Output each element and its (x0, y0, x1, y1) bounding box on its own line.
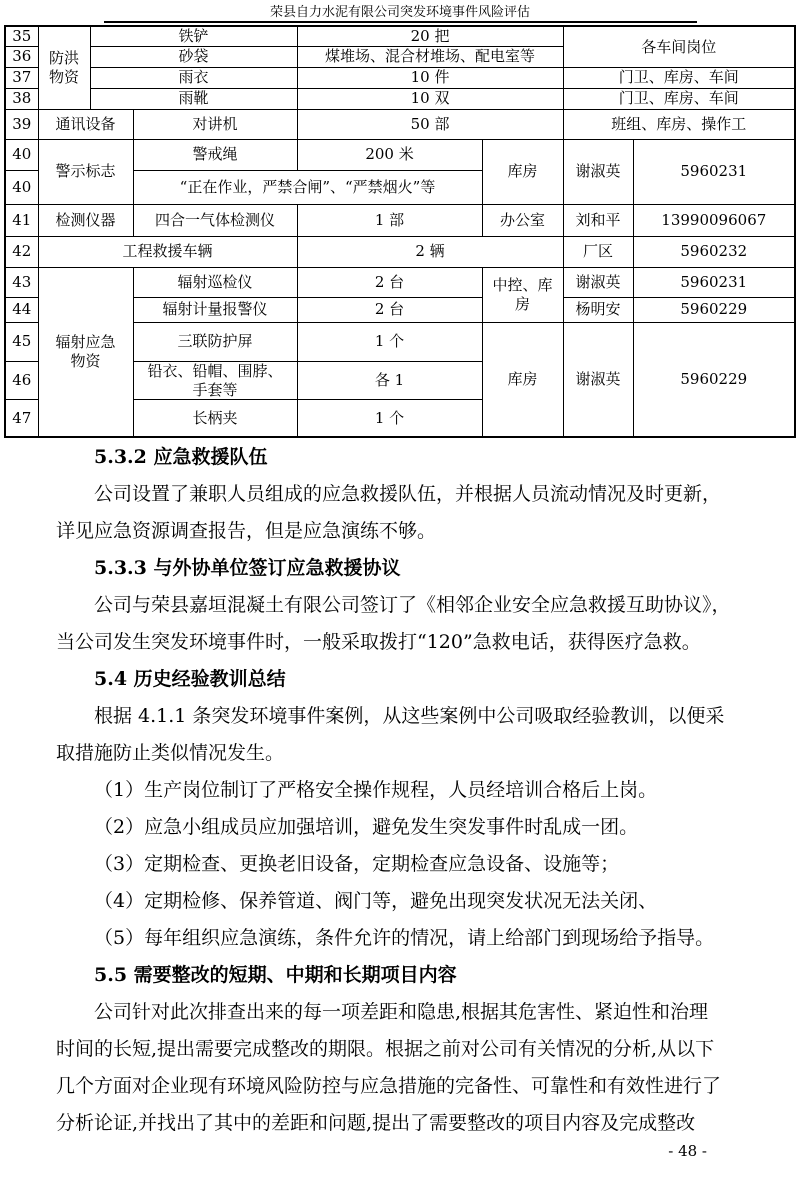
table-cell: 35 (5, 26, 38, 46)
table-cell: 2 台 (297, 297, 482, 322)
header-rule (104, 21, 697, 23)
table-cell: 40 (5, 139, 38, 170)
table-cell: 雨衣 (90, 67, 297, 88)
table-cell: 13990096067 (633, 204, 795, 236)
table-cell: 39 (5, 109, 38, 139)
table-cell: 谢淑英 (563, 267, 633, 297)
table-cell: 辐射计量报警仪 (133, 297, 297, 322)
paragraph-line: 时间的长短,提出需要完成整改的期限。根据之前对公司有关情况的分析,从以下 (56, 1031, 765, 1068)
table-row: 35防洪 物资铁铲20 把各车间岗位 (5, 26, 795, 46)
document-page: 荣县自力水泥有限公司突发环境事件风险评估 35防洪 物资铁铲20 把各车间岗位3… (0, 0, 800, 1181)
table-cell: 铁铲 (90, 26, 297, 46)
table-cell: 1 部 (297, 204, 482, 236)
paragraph-line: （5）每年组织应急演练，条件允许的情况，请上给部门到现场给予指导。 (56, 920, 765, 957)
table-cell: 47 (5, 400, 38, 437)
table-row: 41检测仪器四合一气体检测仪1 部办公室刘和平13990096067 (5, 204, 795, 236)
paragraph-line: （2）应急小组成员应加强培训，避免发生突发事件时乱成一团。 (56, 809, 765, 846)
table-cell: 5960231 (633, 267, 795, 297)
table-cell: 20 把 (297, 26, 563, 46)
table-cell: 刘和平 (563, 204, 633, 236)
page-number: - 48 - (668, 1142, 707, 1160)
table-cell: 谢淑英 (563, 322, 633, 437)
page-header: 荣县自力水泥有限公司突发环境事件风险评估 (0, 0, 800, 23)
table-cell: 46 (5, 361, 38, 400)
table-cell: 10 件 (297, 67, 563, 88)
paragraph-line: （3）定期检查、更换老旧设备，定期检查应急设备、设施等； (56, 846, 765, 883)
table-cell: 1 个 (297, 322, 482, 361)
paragraph-line: 取措施防止类似情况发生。 (56, 735, 765, 772)
table-row: 39通讯设备对讲机50 部班组、库房、操作工 (5, 109, 795, 139)
table-cell: 2 辆 (297, 236, 563, 267)
paragraph-line: 当公司发生突发环境事件时，一般采取拨打“120”急救电话，获得医疗急救。 (56, 624, 765, 661)
table-cell: 5960229 (633, 322, 795, 437)
table-cell: 班组、库房、操作工 (563, 109, 795, 139)
table-cell: 谢淑英 (563, 139, 633, 204)
table-cell: 辐射巡检仪 (133, 267, 297, 297)
table-cell: 10 双 (297, 88, 563, 109)
table-cell: 中控、库 房 (482, 267, 563, 322)
table-cell: 煤堆场、混合材堆场、配电室等 (297, 46, 563, 67)
table-row: 43辐射应急 物资辐射巡检仪2 台中控、库 房谢淑英5960231 (5, 267, 795, 297)
table-cell: 200 米 (297, 139, 482, 170)
table-cell: 5960232 (633, 236, 795, 267)
table-cell: 44 (5, 297, 38, 322)
table-cell: 办公室 (482, 204, 563, 236)
table-cell: 警戒绳 (133, 139, 297, 170)
paragraph-line: （1）生产岗位制订了严格安全操作规程，人员经培训合格后上岗。 (56, 772, 765, 809)
paragraph-line: 公司针对此次排查出来的每一项差距和隐患,根据其危害性、紧迫性和治理 (56, 994, 765, 1031)
table-cell: 37 (5, 67, 38, 88)
table-row: 38雨靴10 双门卫、库房、车间 (5, 88, 795, 109)
table-cell: 45 (5, 322, 38, 361)
table-cell: 通讯设备 (38, 109, 133, 139)
paragraph-line: （4）定期检修、保养管道、阀门等，避免出现突发状况无法关闭、 (56, 883, 765, 920)
table-cell: 防洪 物资 (38, 26, 90, 109)
table-cell: 门卫、库房、车间 (563, 67, 795, 88)
paragraph-line: 详见应急资源调查报告，但是应急演练不够。 (56, 513, 765, 550)
table-cell: 三联防护屏 (133, 322, 297, 361)
section-heading: 5.4 历史经验教训总结 (56, 661, 765, 698)
table-cell: 各车间岗位 (563, 26, 795, 67)
header-title: 荣县自力水泥有限公司突发环境事件风险评估 (0, 0, 800, 20)
table-cell: 四合一气体检测仪 (133, 204, 297, 236)
table-row: 40警示标志警戒绳200 米库房谢淑英5960231 (5, 139, 795, 170)
paragraph-line: 根据 4.1.1 条突发环境事件案例，从这些案例中公司吸取经验教训，以便采 (56, 698, 765, 735)
table-cell: 各 1 (297, 361, 482, 400)
table-cell: 43 (5, 267, 38, 297)
table-cell: 1 个 (297, 400, 482, 437)
paragraph-line: 公司与荣县嘉垣混凝土有限公司签订了《相邻企业安全应急救援互助协议》， (56, 587, 765, 624)
table-cell: 检测仪器 (38, 204, 133, 236)
table-cell: “正在作业，严禁合闸”、“严禁烟火”等 (133, 170, 482, 204)
table-cell: 5960229 (633, 297, 795, 322)
table-row: 37雨衣10 件门卫、库房、车间 (5, 67, 795, 88)
table-cell: 50 部 (297, 109, 563, 139)
table-cell: 40 (5, 170, 38, 204)
table-cell: 辐射应急 物资 (38, 267, 133, 437)
table-cell: 工程救援车辆 (38, 236, 297, 267)
paragraph-line: 几个方面对企业现有环境风险防控与应急措施的完备性、可靠性和有效性进行了 (56, 1068, 765, 1105)
table-cell: 砂袋 (90, 46, 297, 67)
table-cell: 5960231 (633, 139, 795, 204)
table-cell: 长柄夹 (133, 400, 297, 437)
table-row: 42工程救援车辆2 辆厂区5960232 (5, 236, 795, 267)
section-heading: 5.3.2 应急救援队伍 (56, 439, 765, 476)
table-cell: 杨明安 (563, 297, 633, 322)
table-cell: 警示标志 (38, 139, 133, 204)
table-cell: 38 (5, 88, 38, 109)
section-heading: 5.5 需要整改的短期、中期和长期项目内容 (56, 957, 765, 994)
table-cell: 雨靴 (90, 88, 297, 109)
table-cell: 厂区 (563, 236, 633, 267)
table-cell: 库房 (482, 139, 563, 204)
table-cell: 36 (5, 46, 38, 67)
table-cell: 铅衣、铅帽、围脖、 手套等 (133, 361, 297, 400)
table-cell: 41 (5, 204, 38, 236)
body-text: 5.3.2 应急救援队伍公司设置了兼职人员组成的应急救援队伍，并根据人员流动情况… (56, 439, 765, 1142)
table-cell: 对讲机 (133, 109, 297, 139)
paragraph-line: 分析论证,并找出了其中的差距和问题,提出了需要整改的项目内容及完成整改 (56, 1105, 765, 1142)
table-cell: 42 (5, 236, 38, 267)
table-cell: 门卫、库房、车间 (563, 88, 795, 109)
table-body: 35防洪 物资铁铲20 把各车间岗位36砂袋煤堆场、混合材堆场、配电室等37雨衣… (5, 26, 795, 437)
table-cell: 库房 (482, 322, 563, 437)
paragraph-line: 公司设置了兼职人员组成的应急救援队伍，并根据人员流动情况及时更新， (56, 476, 765, 513)
table-cell: 2 台 (297, 267, 482, 297)
emergency-resources-table: 35防洪 物资铁铲20 把各车间岗位36砂袋煤堆场、混合材堆场、配电室等37雨衣… (4, 25, 796, 438)
section-heading: 5.3.3 与外协单位签订应急救援协议 (56, 550, 765, 587)
